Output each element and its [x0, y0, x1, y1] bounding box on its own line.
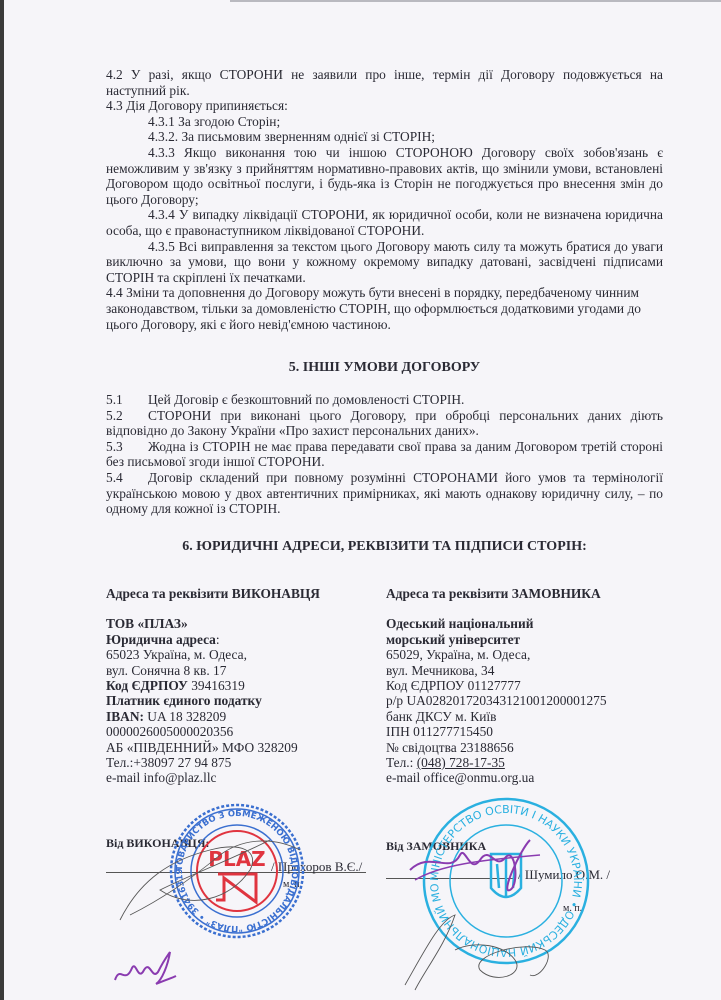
contractor-tax-status: Платник єдиного податку — [106, 693, 386, 708]
customer-name-1: Одеський національний — [386, 616, 666, 631]
customer-account: р/р UA028201720343121001200001275 — [386, 693, 666, 708]
contractor-signature-icon — [100, 820, 340, 930]
clause-text: Жодна із СТОРІН не має права передавати … — [106, 439, 663, 470]
section-5-items: 5.1Цей Договір є безкоштовний по домовле… — [106, 392, 663, 517]
contractor-legal-address-label: Юридична адреса: — [106, 632, 386, 647]
page-edge-top — [230, 0, 721, 2]
customer-name-2: морський університет — [386, 632, 666, 647]
clause-5-2: 5.2СТОРОНИ при виконані цього Договору, … — [106, 408, 663, 439]
section-6: 6. ЮРИДИЧНІ АДРЕСИ, РЕКВІЗИТИ ТА ПІДПИСИ… — [106, 539, 663, 555]
customer-address-2: вул. Мечникова, 34 — [386, 663, 666, 678]
customer-email: e-mail office@onmu.org.ua — [386, 770, 666, 785]
clause-5-4: 5.4Договір складений при повному розумін… — [106, 470, 663, 517]
section-5-heading: 5. ІНШІ УМОВИ ДОГОВОРУ — [106, 360, 663, 376]
clause-4-3-1: 4.3.1 За згодою Сторін; — [106, 114, 663, 130]
contractor-iban: IBAN: UA 18 328209 — [106, 709, 386, 724]
contractor-bank: АБ «ПІВДЕННИЙ» МФО 328209 — [106, 740, 386, 755]
contractor-address-1: 65023 Україна, м. Одеса, — [106, 647, 386, 662]
contractor-name: ТОВ «ПЛАЗ» — [106, 616, 386, 631]
customer-phone: Тел.: (048) 728-17-35 — [386, 755, 666, 770]
clause-number: 5.2 — [106, 408, 148, 424]
clause-text: СТОРОНИ при виконані цього Договору, при… — [106, 408, 663, 439]
clause-4-3-5: 4.3.5 Всі виправлення за текстом цього Д… — [106, 239, 663, 286]
clause-4-3-3: 4.3.3 Якщо виконання тою чи іншою СТОРОН… — [106, 145, 663, 207]
customer-edrpou: Код ЄДРПОУ 01127777 — [386, 678, 666, 693]
contractor-iban-cont: 0000026005000020356 — [106, 724, 386, 739]
initials-signature-icon — [110, 950, 180, 990]
contractor-title: Адреса та реквізити ВИКОНАВЦЯ — [106, 586, 386, 601]
customer-signature-icon — [395, 900, 575, 995]
customer-title: Адреса та реквізити ЗАМОВНИКА — [386, 586, 666, 601]
clause-4-3-2: 4.3.2. За письмовим зверненням однієї зі… — [106, 129, 663, 145]
customer-ipn: ІПН 011277715450 — [386, 724, 666, 739]
clause-4-3-4: 4.3.4 У випадку ліквідації СТОРОНИ, як ю… — [106, 207, 663, 238]
clause-number: 5.4 — [106, 470, 148, 486]
customer-signature-purple-icon — [400, 830, 560, 900]
clause-number: 5.3 — [106, 439, 148, 455]
clause-4-3: 4.3 Дія Договору припиняється: — [106, 98, 663, 114]
clause-number: 5.1 — [106, 392, 148, 408]
clause-5-1: 5.1Цей Договір є безкоштовний по домовле… — [106, 392, 663, 408]
contractor-edrpou: Код ЄДРПОУ 39416319 — [106, 678, 386, 693]
contractor-address-2: вул. Сонячна 8 кв. 17 — [106, 663, 386, 678]
clause-4-4: 4.4 Зміни та доповнення до Договору можу… — [106, 285, 663, 332]
clause-text: Цей Договір є безкоштовний по домовленос… — [148, 392, 464, 407]
contractor-details: Адреса та реквізити ВИКОНАВЦЯ ТОВ «ПЛАЗ»… — [106, 586, 386, 786]
customer-certificate: № свідоцтва 23188656 — [386, 740, 666, 755]
clause-text: Договір складений при повному розумінні … — [106, 470, 663, 516]
contractor-email: e-mail info@plaz.llc — [106, 770, 386, 785]
contractor-phone: Тел.:+38097 27 94 875 — [106, 755, 386, 770]
customer-details: Адреса та реквізити ЗАМОВНИКА Одеський н… — [386, 586, 666, 786]
clause-5-3: 5.3Жодна із СТОРІН не має права передава… — [106, 439, 663, 470]
section-5: 5. ІНШІ УМОВИ ДОГОВОРУ — [106, 360, 663, 376]
customer-bank: банк ДКСУ м. Київ — [386, 709, 666, 724]
customer-address-1: 65029, Україна, м. Одеса, — [386, 647, 666, 662]
section-4-text: 4.2 У разі, якщо СТОРОНИ не заявили про … — [106, 67, 663, 332]
clause-4-2: 4.2 У разі, якщо СТОРОНИ не заявили про … — [106, 67, 663, 98]
section-6-heading: 6. ЮРИДИЧНІ АДРЕСИ, РЕКВІЗИТИ ТА ПІДПИСИ… — [106, 539, 663, 555]
